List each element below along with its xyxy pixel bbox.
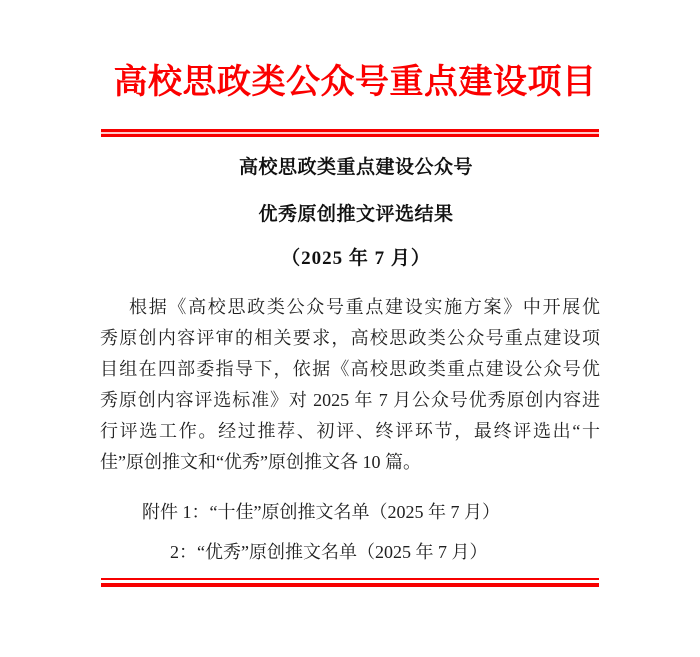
- subtitle-date: （2025 年 7 月）: [12, 247, 700, 271]
- attachment-line-1: 附件 1：“十佳”原创推文名单（2025 年 7 月）: [142, 497, 500, 528]
- body-line-6: 佳”原创推文和“优秀”原创推文各 10 篇。: [100, 447, 600, 478]
- document-title: 高校思政类公众号重点建设项目: [10, 63, 700, 103]
- body-line-4: 秀原创内容评选标准》对 2025 年 7 月公众号优秀原创内容进: [100, 385, 600, 416]
- body-paragraph: 根据《高校思政类公众号重点建设实施方案》中开展优 秀原创内容评审的相关要求，高校…: [100, 292, 600, 478]
- subtitle-line-1: 高校思政类重点建设公众号: [12, 156, 700, 180]
- bottom-double-rule: [101, 578, 599, 587]
- body-line-2: 秀原创内容评审的相关要求，高校思政类公众号重点建设项: [100, 323, 600, 354]
- attachment-line-2: 2：“优秀”原创推文名单（2025 年 7 月）: [170, 537, 487, 568]
- body-line-3: 目组在四部委指导下，依据《高校思政类重点建设公众号优: [100, 354, 600, 385]
- top-double-rule: [101, 129, 599, 137]
- body-line-1: 根据《高校思政类公众号重点建设实施方案》中开展优: [100, 292, 600, 323]
- document-page: 高校思政类公众号重点建设项目 高校思政类重点建设公众号 优秀原创推文评选结果 （…: [0, 0, 700, 657]
- body-line-5: 行评选工作。经过推荐、初评、终评环节，最终评选出“十: [100, 416, 600, 447]
- subtitle-line-2: 优秀原创推文评选结果: [12, 203, 700, 227]
